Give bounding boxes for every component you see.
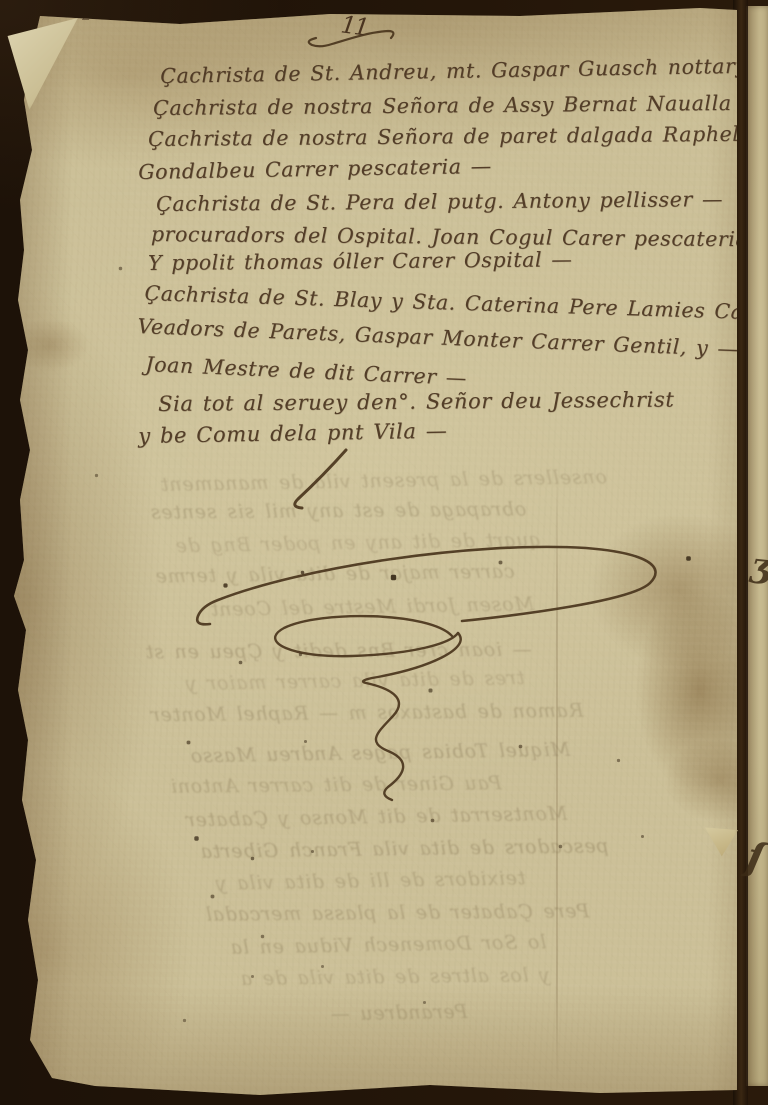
manuscript-line: Veadors de Parets, Gaspar Monter Carrer … [137,314,739,361]
bleedthrough-line: Miquel Tobias pages Andreu Masso [190,739,570,768]
manuscript-line: Joan Mestre de dit Carrer — [145,352,467,390]
bleedthrough-line: Pere Çabater de la plassa mercadal [205,900,589,925]
page-number: 2 [82,6,92,24]
bleedthrough-line: pescadors de dita vila Franch Giberta [200,835,609,863]
bleedthrough-line: Mosen Jordi Mestre del Coent [210,593,534,621]
bleedthrough-line: — ioan crer Bns dedit y Çpeu en st [145,639,532,664]
manuscript-page: onsellers de la present vila de manament… [0,0,768,1105]
manuscript-line: Y ppolit thomas óller Carer Ospital — [148,247,572,275]
bleedthrough-line: teixidors de lli de dita vila y [215,867,526,894]
bleedthrough-line: y los altres de dita vila de a [240,964,550,990]
manuscript-line: Çachrista de St. Pera del putg. Antony p… [156,187,723,216]
bleedthrough-line: Pau Giner de dit carrer Antoni [170,772,502,797]
manuscript-line: Sia tot al seruey den°. Señor deu Jessec… [158,387,674,416]
manuscript-scan: ʒ ſ onsellers de la present vila de mana… [0,0,768,1105]
bleedthrough-line: quart de dit any en poder Bng de [175,529,542,557]
paper-crease [556,470,558,1085]
bleedthrough-line: tres de dita vila carrer maior y [185,667,525,695]
ink-specks [0,0,1,1]
bleedthrough-line: onsellers de la present vila de manament [160,466,607,496]
manuscript-line: Çachrista de nostra Señora de paret dalg… [148,122,768,151]
bleedthrough-line: Ramon de bastaxos m — Raphel Monter [150,700,584,727]
manuscript-line: Gondalbeu Carrer pescateria — [138,154,492,184]
bleedthrough-line: carrer major de dita vila y terme [155,560,515,587]
manuscript-line: Çachrista de nostra Señora de Assy Berna… [153,91,732,120]
manuscript-line: y be Comu dela pnt Vila — [138,419,448,448]
bleedthrough-line: lo Sor Domenech Vidua en la [230,931,547,959]
folio-number: 11 [339,10,369,41]
adjacent-page-ink-mark: ʒ [749,545,768,587]
bleedthrough-line: obrapaga de est any mil sis sentes [150,498,527,523]
bleedthrough-line: Perandreu — [330,1001,468,1025]
bleedthrough-line: Montserrat de dit Monso y Çabater [185,803,567,832]
manuscript-line: Çachrista de St. Andreu, mt. Gaspar Guas… [160,54,748,88]
manuscript-line: procuradors del Ospital. Joan Cogul Care… [151,222,768,251]
